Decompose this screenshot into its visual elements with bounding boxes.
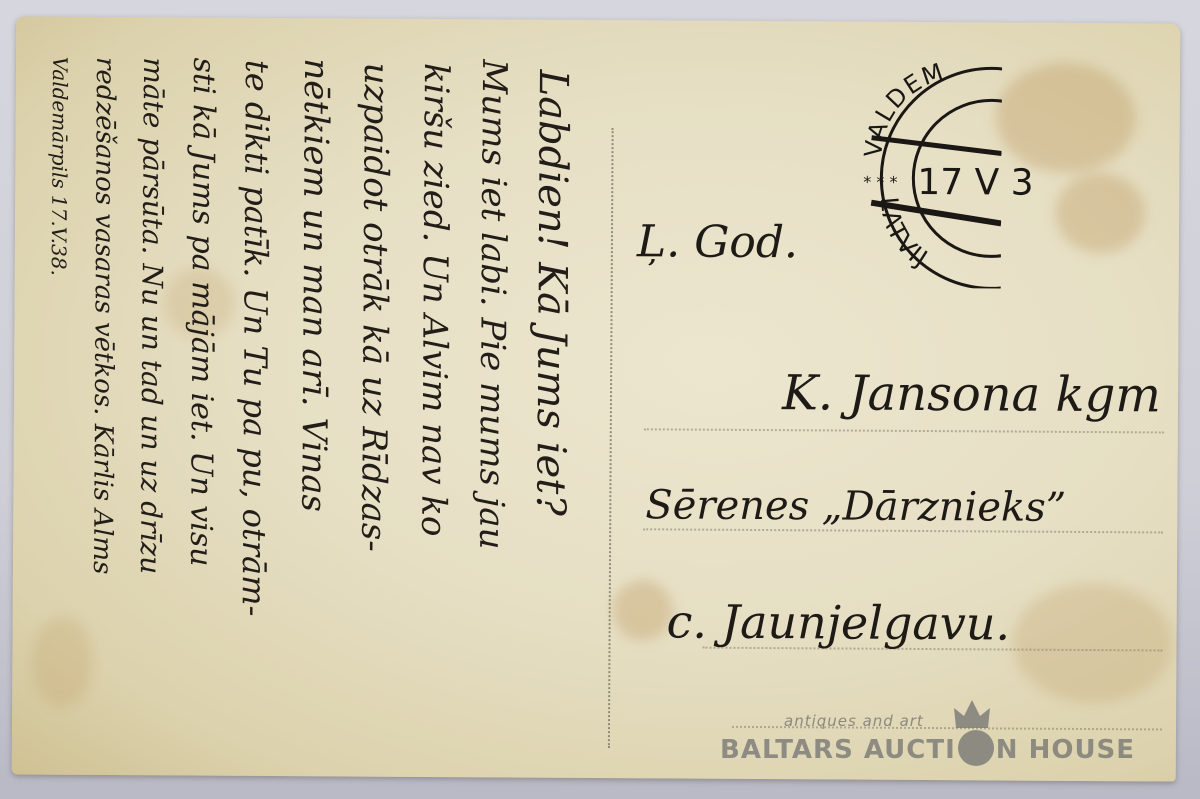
crown-icon bbox=[952, 698, 992, 732]
address-line bbox=[644, 428, 1164, 433]
message-line: Labdien! Kā Jums iet? bbox=[527, 70, 576, 516]
message-line: Mums iet labi. Pie mums jau bbox=[471, 59, 514, 549]
postmark: VALDEM 17 V 3 * * * LATVIJ bbox=[841, 47, 1082, 288]
watermark-brand: BALTARS AUCTIN HOUSE bbox=[720, 730, 1135, 766]
address-name: K. Jansona kgm bbox=[782, 365, 1161, 423]
message-line: te dikti patīk. Un Tu pa pu, otrām- bbox=[235, 60, 276, 617]
message-line: māte pārsūta. Nu un tad un uz drīzu bbox=[134, 57, 170, 574]
stain bbox=[613, 580, 673, 640]
message-line: redzēšanos vasaras vētkos. Kārlis Alms bbox=[87, 57, 120, 575]
watermark: antiques and art BALTARS AUCTIN HOUSE bbox=[720, 712, 1140, 782]
message-line: sti kā Jums pa mājām iet. Un visu bbox=[183, 57, 221, 566]
address-town: c. Jaunjelgavu. bbox=[666, 594, 1010, 650]
address-house: Sērenes „Dārznieks” bbox=[645, 482, 1066, 531]
message-line: Valdemārpils 17.V.38. bbox=[47, 57, 72, 276]
message-line: kiršu zied. Un Alvim nav ko bbox=[413, 63, 456, 537]
center-divider-line bbox=[608, 128, 614, 748]
message-line: uzpaidot otrāk kā uz Rīdzas- bbox=[353, 63, 396, 552]
message-line: nētkiem un man arī. Vinas bbox=[293, 58, 336, 512]
watermark-tagline: antiques and art bbox=[784, 712, 924, 730]
handwritten-message: Labdien! Kā Jums iet? Mums iet labi. Pie… bbox=[32, 47, 596, 770]
postcard: Labdien! Kā Jums iet? Mums iet labi. Pie… bbox=[12, 16, 1181, 781]
postmark-date: 17 V 3 bbox=[917, 162, 1033, 204]
postmark-stars: * * * bbox=[863, 173, 897, 192]
watermark-brand-left: BALTARS AUCTI bbox=[720, 735, 956, 765]
address-salutation: Ļ. God. bbox=[637, 216, 798, 268]
watermark-brand-right: N HOUSE bbox=[996, 735, 1135, 765]
stain bbox=[1012, 583, 1173, 704]
watermark-globe-icon bbox=[958, 730, 994, 766]
